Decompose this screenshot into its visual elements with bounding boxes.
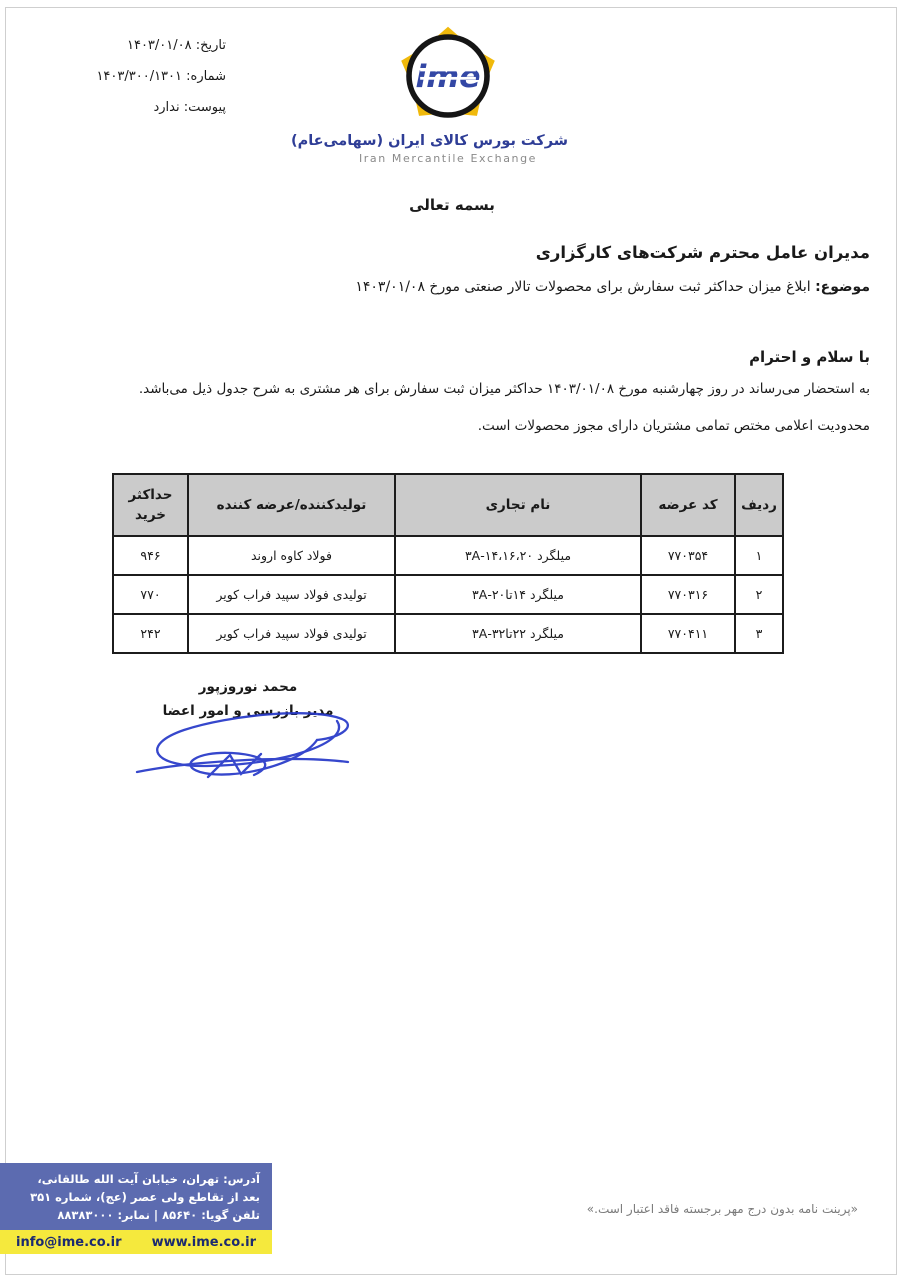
footer-address-line: تلفن گویا: ۸۵۶۴۰ | نمابر: ۸۸۳۸۳۰۰۰: [6, 1206, 260, 1224]
cell-producer: فولاد کاوه اروند: [188, 536, 395, 575]
cell-max-buy: ۲۴۲: [113, 614, 188, 653]
cell-supply-code: ۷۷۰۴۱۱: [641, 614, 735, 653]
footer-address-line: آدرس: تهران، خیابان آیت الله طالقانی،: [6, 1170, 260, 1188]
attachment-line: پیوست: ندارد: [24, 92, 226, 123]
letter-meta-block: تاریخ: ۱۴۰۳/۰۱/۰۸ شماره: ۱۴۰۳/۳۰۰/۱۳۰۱ پ…: [24, 30, 226, 123]
letter-page: تاریخ: ۱۴۰۳/۰۱/۰۸ شماره: ۱۴۰۳/۳۰۰/۱۳۰۱ پ…: [0, 0, 904, 1280]
footer-address-box: آدرس: تهران، خیابان آیت الله طالقانی، بع…: [0, 1163, 272, 1230]
cell-row-number: ۲: [735, 575, 783, 614]
table-row: ۲ ۷۷۰۳۱۶ میلگرد ۱۴تا۲۰-۳A تولیدی فولاد س…: [113, 575, 783, 614]
footer-email: info@ime.co.ir: [16, 1235, 122, 1250]
attachment-value: ندارد: [153, 100, 179, 115]
table-row: ۱ ۷۷۰۳۵۴ میلگرد ۱۴،۱۶،۲۰-۳A فولاد کاوه ا…: [113, 536, 783, 575]
date-value: ۱۴۰۳/۰۱/۰۸: [127, 38, 192, 53]
footer-address-line: بعد از تقاطع ولی عصر (عج)، شماره ۳۵۱: [6, 1188, 260, 1206]
footer-website: www.ime.co.ir: [152, 1235, 256, 1250]
col-header-producer: تولیدکننده/عرضه کننده: [188, 474, 395, 536]
date-label: تاریخ:: [196, 38, 226, 53]
cell-trade-name: میلگرد ۲۲تا۳۲-۳A: [395, 614, 641, 653]
org-name-en: Iran Mercantile Exchange: [328, 152, 568, 165]
addressee-line: مدیران عامل محترم شرکت‌های کارگزاری: [536, 243, 870, 262]
number-line: شماره: ۱۴۰۳/۳۰۰/۱۳۰۱: [24, 61, 226, 92]
subject-line: موضوع: ابلاغ میزان حداکثر ثبت سفارش برای…: [355, 279, 870, 295]
footer-links-strip: info@ime.co.ir www.ime.co.ir: [0, 1230, 272, 1254]
cell-row-number: ۳: [735, 614, 783, 653]
number-label: شماره:: [186, 69, 226, 84]
body-line: محدودیت اعلامی مختص تمامی مشتریان دارای …: [478, 418, 870, 434]
date-line: تاریخ: ۱۴۰۳/۰۱/۰۸: [24, 30, 226, 61]
table-header-row: ردیف کد عرضه نام تجاری تولیدکننده/عرضه ک…: [113, 474, 783, 536]
cell-trade-name: میلگرد ۱۴،۱۶،۲۰-۳A: [395, 536, 641, 575]
org-name-fa: شرکت بورس کالای ایران (سهامی‌عام): [328, 133, 568, 149]
handwritten-signature: [112, 693, 362, 793]
besmeleh-heading: بسمه تعالی: [0, 196, 904, 214]
body-line: به استحضار می‌رساند در روز چهارشنبه مورخ…: [139, 381, 870, 397]
logo-stripe: [420, 77, 476, 80]
salutation-line: با سلام و احترام: [749, 348, 870, 366]
col-header-max-buy: حداکثر خرید: [113, 474, 188, 536]
table-row: ۳ ۷۷۰۴۱۱ میلگرد ۲۲تا۳۲-۳A تولیدی فولاد س…: [113, 614, 783, 653]
cell-max-buy: ۹۴۶: [113, 536, 188, 575]
cell-producer: تولیدی فولاد سپید فراب کویر: [188, 614, 395, 653]
ime-logo: ime شرکت بورس کالای ایران (سهامی‌عام) Ir…: [328, 24, 568, 165]
col-header-supply-code: کد عرضه: [641, 474, 735, 536]
logo-stripe: [420, 69, 476, 72]
cell-trade-name: میلگرد ۱۴تا۲۰-۳A: [395, 575, 641, 614]
stamp-validity-note: «پرینت نامه بدون درج مهر برجسته فاقد اعت…: [587, 1202, 858, 1216]
col-header-row-number: ردیف: [735, 474, 783, 536]
attachment-label: پیوست:: [184, 100, 226, 115]
col-header-trade-name: نام تجاری: [395, 474, 641, 536]
ime-logo-icon: ime: [396, 24, 500, 128]
subject-label: موضوع:: [815, 279, 870, 295]
cell-row-number: ۱: [735, 536, 783, 575]
cell-producer: تولیدی فولاد سپید فراب کویر: [188, 575, 395, 614]
number-value: ۱۴۰۳/۳۰۰/۱۳۰۱: [96, 69, 182, 84]
cell-max-buy: ۷۷۰: [113, 575, 188, 614]
cell-supply-code: ۷۷۰۳۵۴: [641, 536, 735, 575]
order-limit-table: ردیف کد عرضه نام تجاری تولیدکننده/عرضه ک…: [112, 473, 784, 654]
cell-supply-code: ۷۷۰۳۱۶: [641, 575, 735, 614]
subject-text: ابلاغ میزان حداکثر ثبت سفارش برای محصولا…: [355, 279, 815, 295]
